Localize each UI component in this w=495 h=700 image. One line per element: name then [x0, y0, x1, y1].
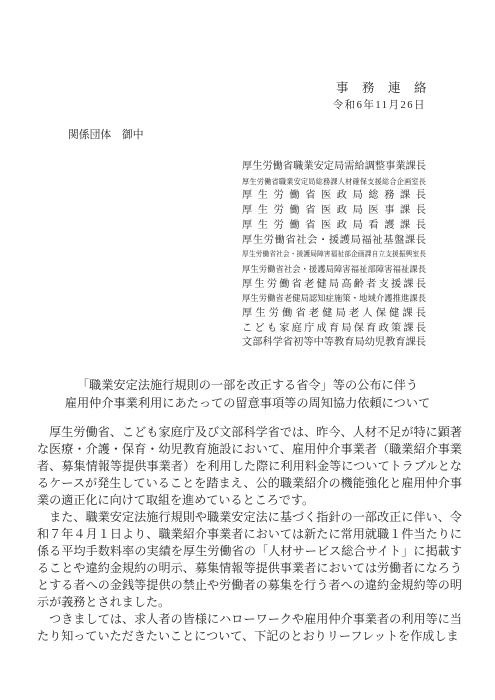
sender-line: 厚生労働省医政局医事課長 [242, 204, 426, 219]
sender-line: 厚生労働省医政局総務課長 [242, 189, 426, 204]
sender-line: 厚生労働省職業安定局需給調整事業課長 [242, 160, 426, 175]
doc-date: 令和6年11月26日 [333, 97, 426, 112]
body-paragraph: また、職業安定法施行規則や職業安定法に基づく指針の一部改正に伴い、令和７年４月１… [37, 509, 462, 611]
document-page: 事 務 連 絡 令和6年11月26日 関係団体 御中 厚生労働省職業安定局需給調… [0, 0, 495, 700]
doc-title-line-1: 「職業安定法施行規則の一部を改正する省令」等の公布に伴う [0, 376, 495, 394]
sender-line: 文部科学省初等中等教育局幼児教育課長 [242, 336, 426, 351]
sender-line: 厚生労働省社会・援護局福祉基盤課長 [242, 234, 426, 249]
body-paragraph: 厚生労働省、こども家庭庁及び文部科学省では、昨今、人材不足が特に顕著な医療・介護… [37, 424, 462, 509]
doc-type-label: 事 務 連 絡 [336, 78, 427, 96]
sender-line: 厚生労働省職業安定局総務課人材確保支援総合企画室長 [242, 175, 426, 190]
doc-body: 厚生労働省、こども家庭庁及び文部科学省では、昨今、人材不足が特に顕著な医療・介護… [37, 424, 462, 645]
sender-line: 厚生労働省老健局認知症施策・地域介護推進課長 [242, 292, 426, 307]
sender-list: 厚生労働省職業安定局需給調整事業課長 厚生労働省職業安定局総務課人材確保支援総合… [242, 160, 426, 351]
body-paragraph: つきましては、求人者の皆様にハローワークや雇用仲介事業者の利用等に当たり知ってい… [37, 611, 462, 645]
addressee: 関係団体 御中 [68, 127, 144, 142]
doc-title-line-2: 雇用仲介事業利用にあたっての留意事項等の周知協力依頼について [0, 394, 495, 412]
doc-title: 「職業安定法施行規則の一部を改正する省令」等の公布に伴う 雇用仲介事業利用にあた… [0, 376, 495, 412]
sender-line: 厚生労働省老健局高齢者支援課長 [242, 278, 426, 293]
sender-line: 厚生労働省社会・援護局障害福祉部企画課自立支援振興室長 [242, 248, 426, 263]
sender-line: 厚生労働省医政局看護課長 [242, 219, 426, 234]
sender-line: 厚生労働省社会・援護局障害福祉部障害福祉課長 [242, 263, 426, 278]
sender-line: こども家庭庁成育局保育政策課長 [242, 322, 426, 337]
sender-line: 厚生労働省老健局老人保健課長 [242, 307, 426, 322]
